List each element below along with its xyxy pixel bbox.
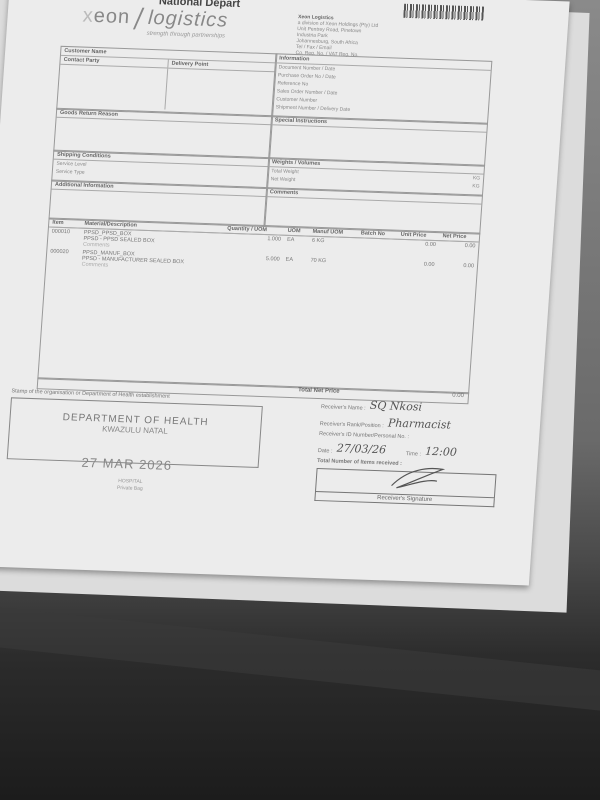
receiver-rank: Receiver's Rank/Position :Pharmacist	[320, 414, 501, 433]
information-box: Information Document Number / Date Purch…	[271, 53, 492, 124]
receiver-name-value: SQ Nkosi	[369, 399, 422, 414]
receiver-rank-value: Pharmacist	[387, 416, 451, 431]
receiver-time-value: 12:00	[425, 445, 458, 459]
stamp-sub: HOSPITAL Private Bag	[65, 476, 196, 495]
logo-right: logistics	[147, 7, 229, 32]
logo-slash	[133, 7, 145, 29]
signature-scribble	[386, 463, 448, 491]
company-logo: xeonlogistics	[82, 5, 229, 33]
contact-party: Contact Party	[57, 56, 168, 110]
stamp-date: 27 MAR 2026	[81, 455, 172, 473]
receiver-name: Receiver's Name :SQ Nkosi	[321, 397, 502, 416]
delivery-point: Delivery Point	[165, 60, 275, 114]
receiver-date-value: 27/03/26	[336, 442, 386, 457]
delivery-note: National Depart xeonlogistics strength t…	[0, 0, 570, 585]
receiver-date-time: Date :27/03/26 Time :12:00	[318, 441, 499, 460]
customer-box: Customer Name Contact Party Delivery Poi…	[56, 46, 277, 117]
desk-edge	[0, 606, 600, 715]
items-table-box: ItemMaterial/DescriptionQuantity / UOMUO…	[37, 217, 480, 394]
logo-left: eon	[93, 5, 131, 28]
receiver-section: Receiver's Name :SQ Nkosi Receiver's Ran…	[314, 393, 501, 507]
